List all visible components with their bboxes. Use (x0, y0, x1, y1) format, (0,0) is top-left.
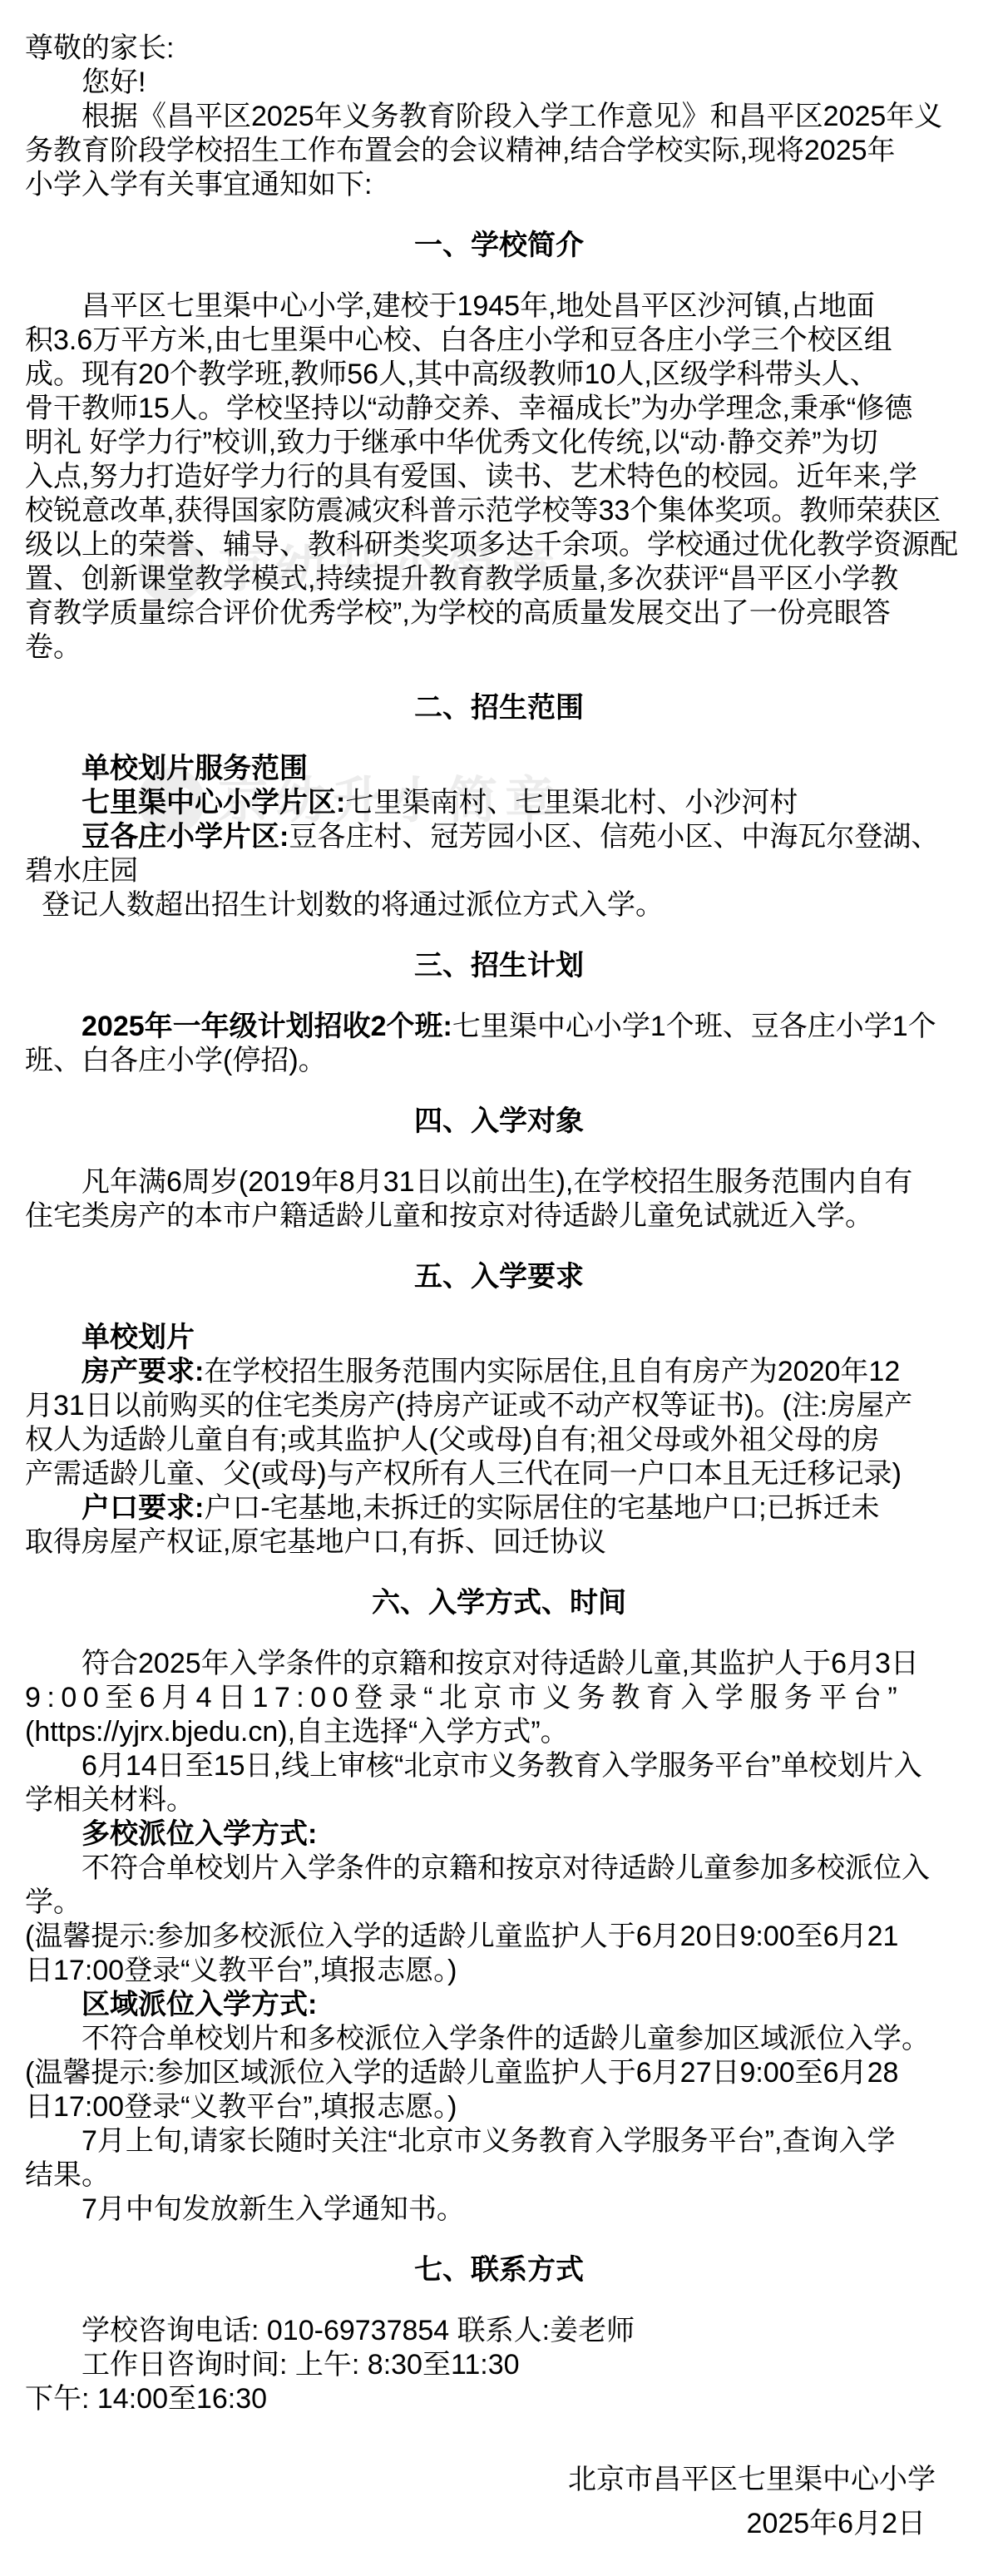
section-heading-eligibility: 四、入学对象 (25, 1105, 973, 1139)
section-heading-contact: 七、联系方式 (25, 2253, 973, 2287)
region-method-subhead: 区域派位入学方式: (25, 1988, 973, 2022)
hukou-requirement-label: 户口要求: (82, 1492, 204, 1524)
timeline-registration-line-1: 符合2025年入学条件的京籍和按京对待适龄儿童,其监护人于6月3日 (25, 1647, 973, 1681)
contact-hours-line-1: 工作日咨询时间: 上午: 8:30至11:30 (25, 2348, 973, 2382)
hukou-requirement-paragraph: 户口要求:户口-宅基地,未拆迁的实际居住的宅基地户口;已拆迁未 取得房屋产权证,… (25, 1491, 973, 1560)
notice-body: 尊敬的家长: 您好! 根据《昌平区2025年义务教育阶段入学工作意见》和昌平区2… (25, 32, 973, 2546)
school-intro-paragraph: 昌平区七里渠中心小学,建校于1945年,地处昌平区沙河镇,占地面 积3.6万平方… (25, 289, 973, 665)
contact-hours-line-2: 下午: 14:00至16:30 (25, 2382, 973, 2416)
qilicu-district-line: 七里渠中心小学片区:七里渠南村、七里渠北村、小沙河村 (25, 786, 973, 820)
online-review-paragraph: 6月14日至15日,线上审核“北京市义务教育入学服务平台”单校划片入 学相关材料… (25, 1749, 973, 1817)
eligibility-paragraph: 凡年满6周岁(2019年8月31日以前出生),在学校招生服务范围内自有 住宅类房… (25, 1165, 973, 1234)
greeting-line: 尊敬的家长: (25, 32, 973, 66)
notice-document: 京幼升小简章 京幼升小简章 尊敬的家长: 您好! 根据《昌平区2025年义务教育… (0, 0, 998, 2576)
intro-paragraph: 根据《昌平区2025年义务教育阶段入学工作意见》和昌平区2025年义 务教育阶段… (25, 100, 973, 202)
dougezhuang-district-label: 豆各庄小学片区: (82, 821, 289, 853)
housing-requirement-label: 房产要求: (82, 1356, 204, 1387)
footer-school-name: 北京市昌平区七里渠中心小学 (25, 2458, 973, 2502)
footer-date: 2025年6月2日 (25, 2502, 973, 2546)
salutation-line: 您好! (25, 66, 973, 100)
section-heading-method-time: 六、入学方式、时间 (25, 1586, 973, 1620)
contact-phone-line: 学校咨询电话: 010-69737854 联系人:姜老师 (25, 2314, 973, 2348)
multi-school-method-paragraph: 不符合单校划片入学条件的京籍和按京对待适龄儿童参加多校派位入 学。 (25, 1852, 973, 1920)
housing-requirement-paragraph: 房产要求:在学校招生服务范围内实际居住,且自有房产为2020年12 月31日以前… (25, 1355, 973, 1491)
dougezhuang-district-line: 豆各庄小学片区:豆各庄村、冠芳园小区、信苑小区、中海瓦尔登湖、 碧水庄园 (25, 820, 973, 888)
section-heading-enrollment-scope: 二、招生范围 (25, 691, 973, 725)
enrollment-plan-label: 2025年一年级计划招收2个班: (82, 1011, 452, 1042)
section-heading-requirements: 五、入学要求 (25, 1260, 973, 1294)
section-heading-school-intro: 一、学校简介 (25, 229, 973, 263)
section-heading-enrollment-plan: 三、招生计划 (25, 949, 973, 983)
platform-url-line: (https://yjrx.bjedu.cn),自主选择“入学方式”。 (25, 1715, 973, 1749)
timeline-registration-line-2: 9:00至6月4日17:00登录“北京市义务教育入学服务平台” (25, 1681, 973, 1715)
region-method-paragraph: 不符合单校划片和多校派位入学条件的适龄儿童参加区域派位入学。 (25, 2022, 973, 2056)
signature-block: 北京市昌平区七里渠中心小学 2025年6月2日 (25, 2458, 973, 2546)
single-school-subhead: 单校划片 (25, 1321, 973, 1355)
registration-note: 登记人数超出招生计划数的将通过派位方式入学。 (25, 888, 973, 922)
multi-school-method-subhead: 多校派位入学方式: (25, 1817, 973, 1852)
multi-school-tip-paragraph: (温馨提示:参加多校派位入学的适龄儿童监护人于6月20日9:00至6月21 日1… (25, 1920, 973, 1988)
enrollment-plan-paragraph: 2025年一年级计划招收2个班:七里渠中心小学1个班、豆各庄小学1个 班、白各庄… (25, 1010, 973, 1078)
region-tip-paragraph: (温馨提示:参加区域派位入学的适龄儿童监护人于6月27日9:00至6月28 日1… (25, 2056, 973, 2124)
july-result-paragraph: 7月上旬,请家长随时关注“北京市义务教育入学服务平台”,查询入学 结果。 (25, 2124, 973, 2193)
service-scope-title: 单校划片服务范围 (25, 752, 973, 786)
qilicu-district-villages: 七里渠南村、七里渠北村、小沙河村 (345, 787, 798, 818)
july-notice-line: 7月中旬发放新生入学通知书。 (25, 2193, 973, 2227)
qilicu-district-label: 七里渠中心小学片区: (82, 787, 345, 818)
